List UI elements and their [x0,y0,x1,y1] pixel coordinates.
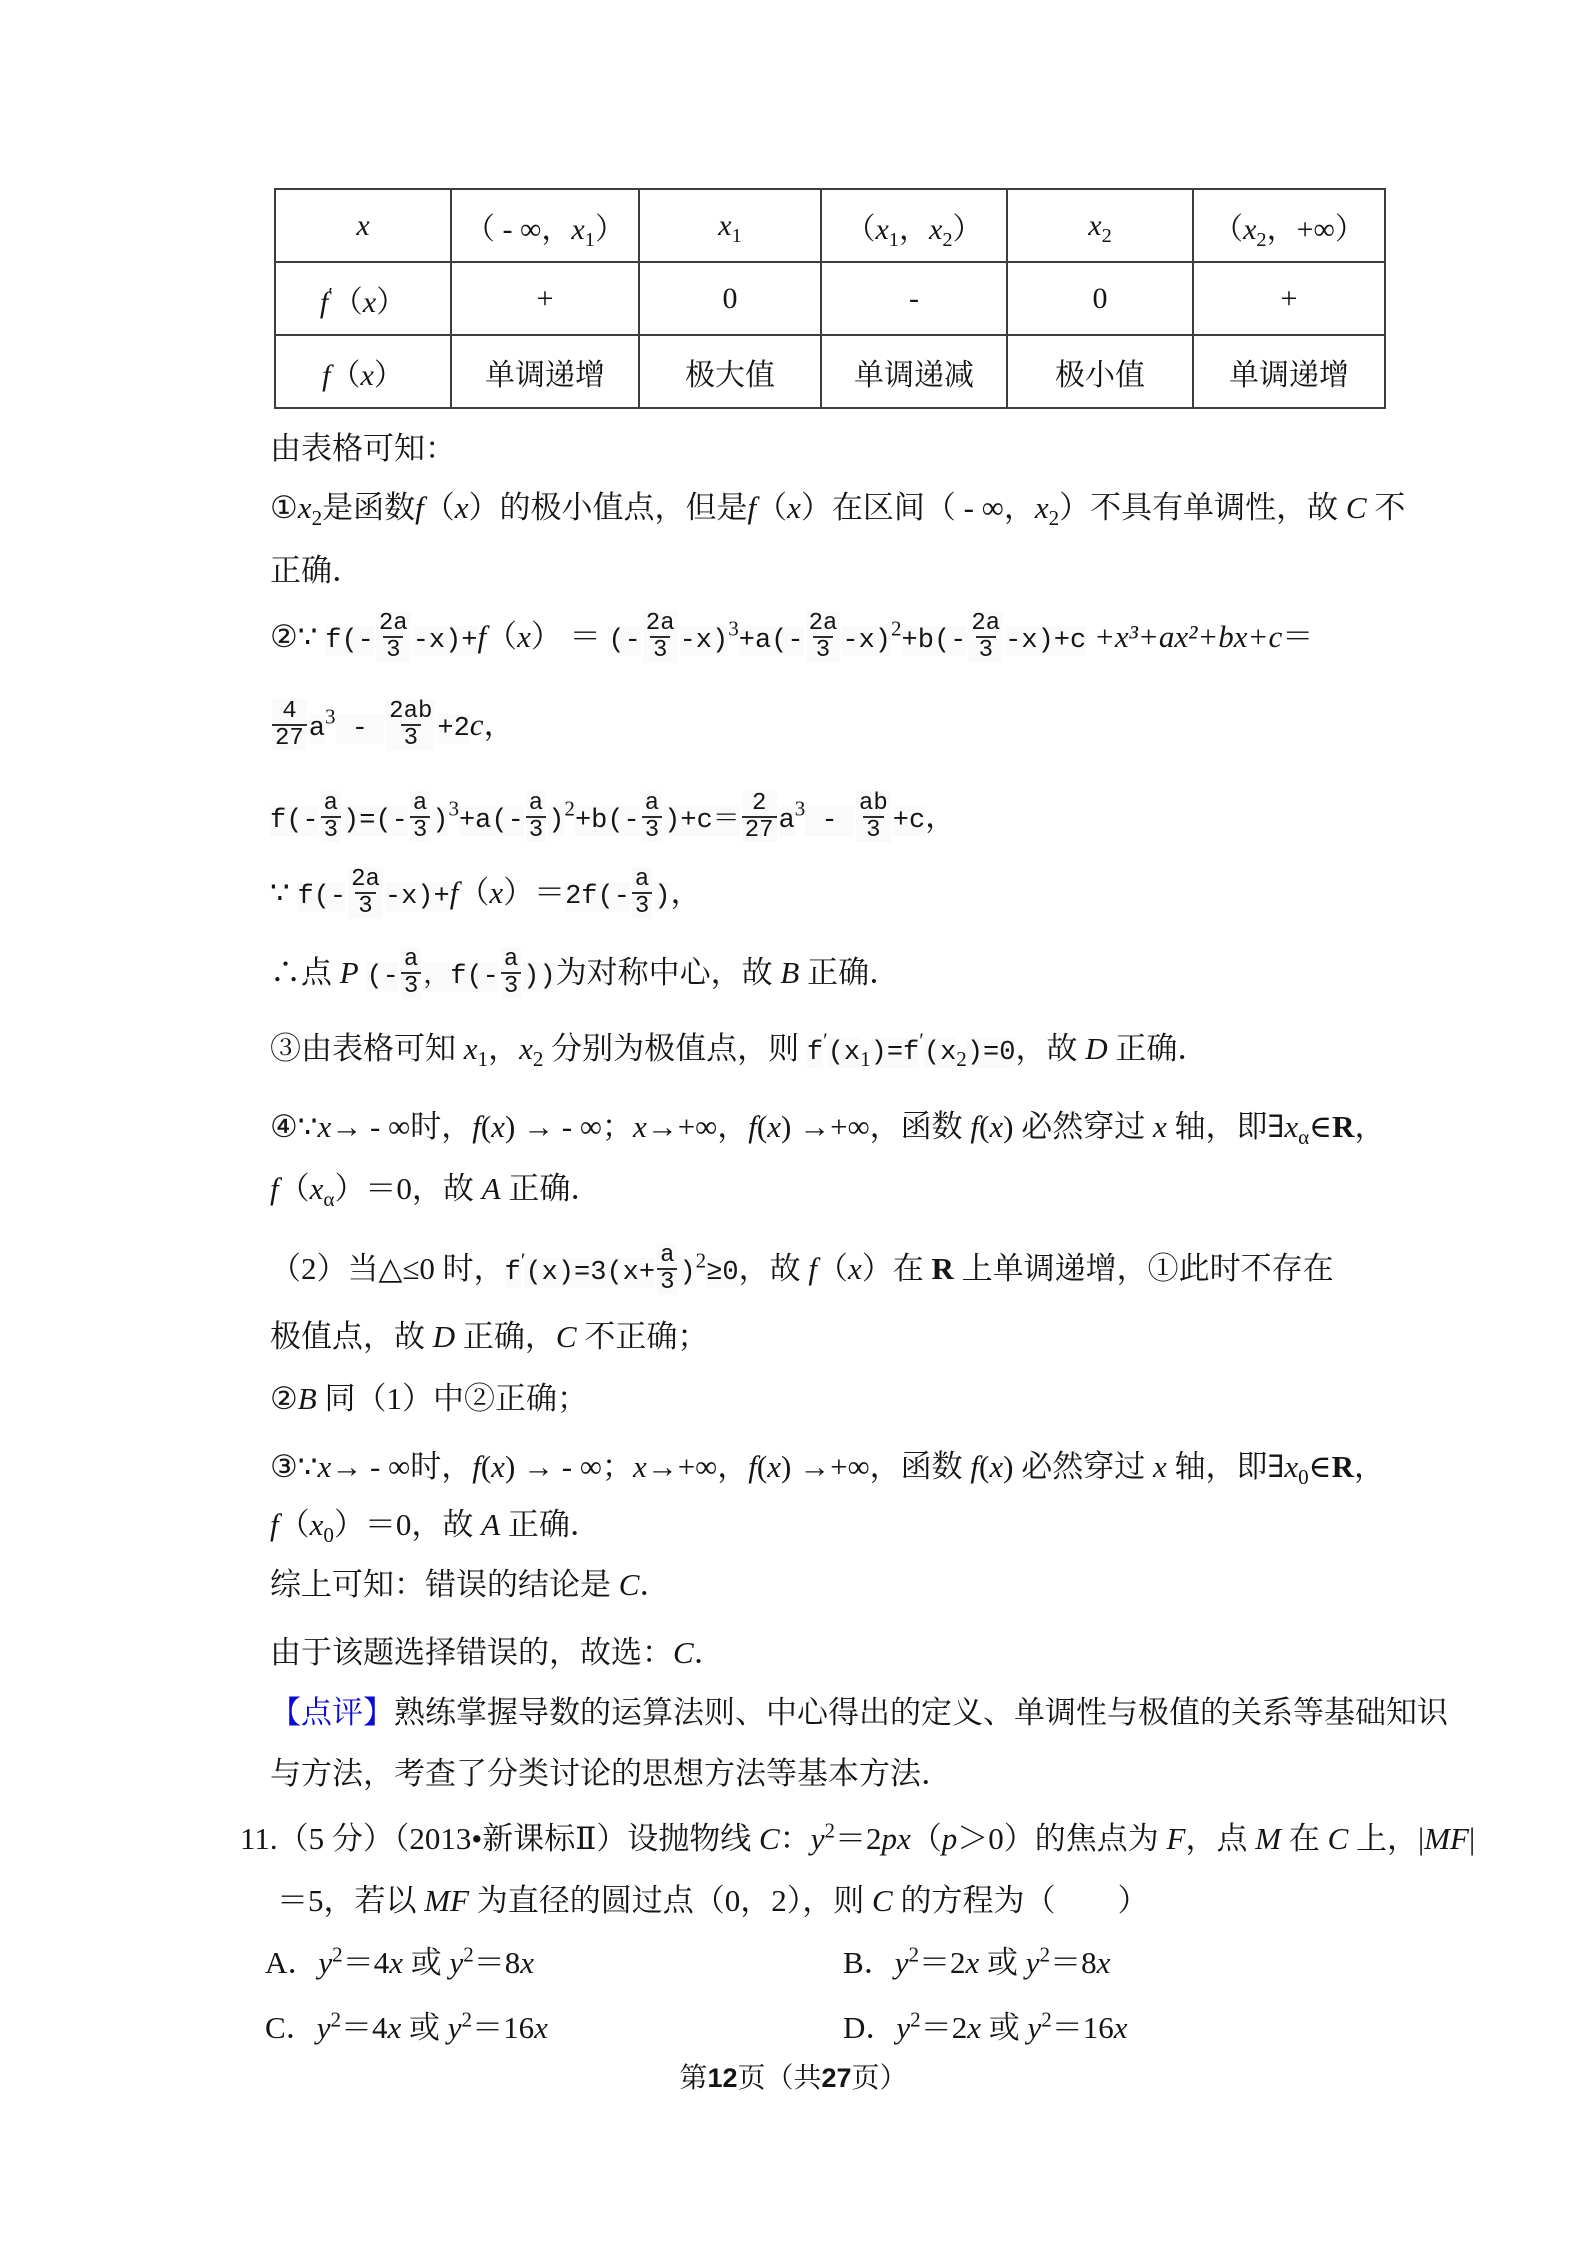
fraction: a3 [401,947,421,999]
fraction: 2a3 [348,867,383,919]
table-cell: + [1193,262,1385,335]
line-conclusion: 综上可知：错误的结论是 C． [270,1564,670,1606]
line-point4-cont: f（xα）＝0，故 A 正确． [270,1168,601,1210]
option-b: B．y2＝2x 或 y2＝8x [843,1942,1110,1984]
fraction: 2a3 [376,611,411,663]
table-cell: 极小值 [1007,335,1193,408]
line-case2-point3-cont: f（x0）＝0，故 A 正确． [270,1504,601,1546]
fraction: 227 [742,791,777,843]
line-case2-cont: 极值点，故 D 正确，C 不正确； [270,1316,708,1358]
table-cell: 极大值 [639,335,821,408]
option-c: C．y2＝4x 或 y2＝16x [265,2007,548,2049]
monotonicity-table: x（ - ∞，x1）x1（x1，x2）x2（x2，+∞）f′（x）+0-0+f（… [274,188,1386,409]
line-point4: ④∵x→ - ∞时，f(x) → - ∞；x→+∞，f(x) →+∞，函数 f(… [270,1106,1385,1148]
table-row: x（ - ∞，x1）x1（x1，x2）x2（x2，+∞） [275,189,1385,262]
table-cell: 0 [1007,262,1193,335]
table-cell: x2 [1007,189,1193,262]
fraction: 2a3 [968,611,1003,663]
table-cell: f（x） [275,335,451,408]
table-cell: （ - ∞，x1） [451,189,639,262]
line-problem11: 11.（5 分）（2013•新课标Ⅱ）设抛物线 C：y2＝2px（p＞0）的焦点… [240,1818,1475,1860]
table-row: f′（x）+0-0+ [275,262,1385,335]
fraction: a3 [321,791,341,843]
table-cell: 单调递增 [1193,335,1385,408]
table-cell: + [451,262,639,335]
line-f-neg-a3: f(-a3)=(-a3)3+a(-a3)2+b(-a3)+c＝227a3 - a… [270,780,956,858]
option-d: D．y2＝2x 或 y2＝16x [843,2007,1128,2049]
line-point3: ③由表格可知 x1，x2 分别为极值点，则 f′(x1)=f′(x2)=0，故 … [270,1028,1208,1074]
line-point1: ①x2是函数f（x）的极小值点，但是f（x）在区间（ - ∞，x2）不具有单调性… [270,487,1405,529]
fraction: a3 [501,947,521,999]
line-point-p: ∴点 P (-a3，f(-a3))为对称中心，故 B 正确． [270,936,900,1014]
option-a: A．y2＝4x 或 y2＝8x [265,1942,534,1984]
fraction: a3 [632,867,652,919]
line-table-note: 由表格可知： [270,428,456,470]
table-cell: 单调递减 [821,335,1007,408]
table-cell: 0 [639,262,821,335]
table-cell: x1 [639,189,821,262]
table-cell: f′（x） [275,262,451,335]
fraction: 427 [272,699,307,751]
table-cell: （x2，+∞） [1193,189,1385,262]
fraction: 2ab3 [386,699,435,751]
fraction: a3 [642,791,662,843]
line-problem11-cont: ＝5，若以 MF 为直径的圆过点（0，2），则 C 的方程为（ ） [277,1880,1148,1922]
line-comment: 【点评】熟练掌握导数的运算法则、中心得出的定义、单调性与极值的关系等基础知识 [270,1692,1448,1734]
line-case2-point2: ②B 同（1）中②正确； [270,1378,588,1420]
line-point2-formula: ②∵ f(-2a3-x)+f（x） ＝ (-2a3-x)3+a(-2a3-x)2… [270,600,1313,678]
line-case2: （2）当△≤0 时，f′(x)=3(x+a3)2≥0，故 f（x）在 R 上单调… [270,1232,1334,1310]
table-cell: x [275,189,451,262]
line-point1-cont: 正确． [270,550,363,592]
line-case2-point3: ③∵x→ - ∞时，f(x) → - ∞；x→+∞，f(x) →+∞，函数 f(… [270,1446,1385,1488]
line-symmetry-eq: ∵ f(-2a3-x)+f（x）＝2f(-a3)， [270,856,702,934]
page-footer: 第12页（共27页） [0,2056,1587,2096]
line-formula-result: 427a3 - 2ab3+2c， [270,688,515,766]
fraction: a3 [657,1243,677,1295]
line-comment-cont: 与方法，考查了分类讨论的思想方法等基本方法． [270,1753,952,1795]
fraction: 2a3 [643,611,678,663]
fraction: 2a3 [806,611,841,663]
table-cell: 单调递增 [451,335,639,408]
fraction: a3 [526,791,546,843]
monotonicity-table-body: x（ - ∞，x1）x1（x1，x2）x2（x2，+∞）f′（x）+0-0+f（… [275,189,1385,408]
fraction: a3 [410,791,430,843]
document-page: x（ - ∞，x1）x1（x1，x2）x2（x2，+∞）f′（x）+0-0+f（… [0,0,1587,2245]
table-row: f（x）单调递增极大值单调递减极小值单调递增 [275,335,1385,408]
line-answer: 由于该题选择错误的，故选：C． [270,1632,725,1674]
table-cell: - [821,262,1007,335]
table-cell: （x1，x2） [821,189,1007,262]
fraction: ab3 [856,791,891,843]
